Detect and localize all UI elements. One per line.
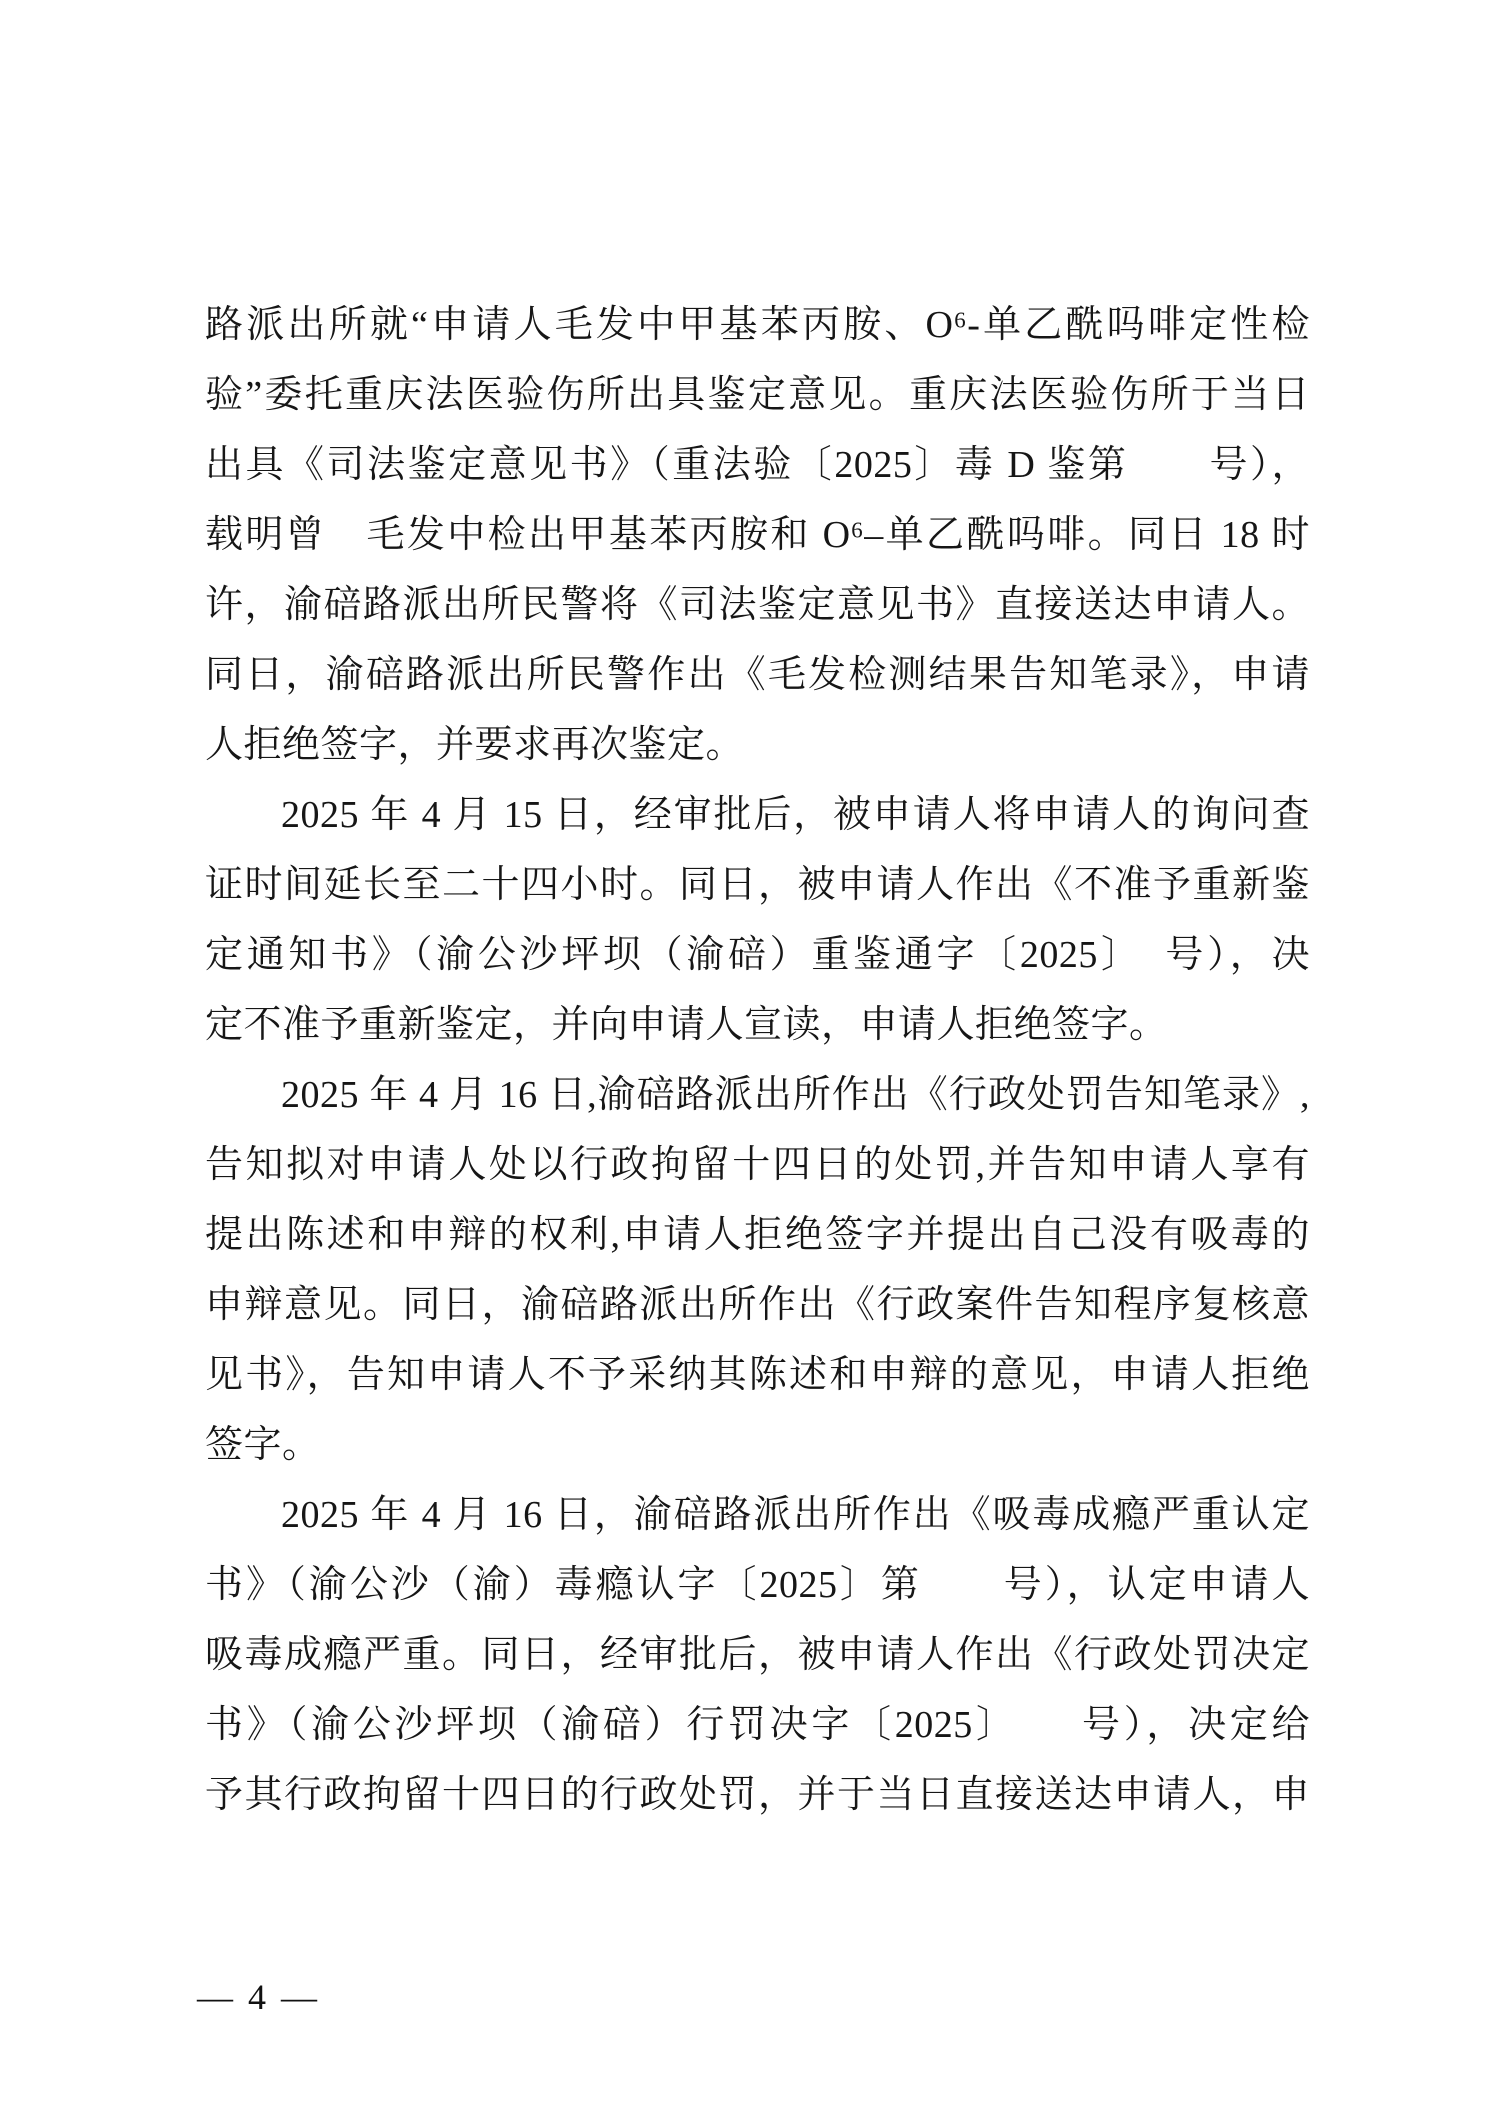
- text-line: 验”委托重庆法医验伤所出具鉴定意见。重庆法医验伤所于当日: [205, 360, 1310, 430]
- document-body: 路派出所就“申请人毛发中甲基苯丙胺、O⁶-单乙酰吗啡定性检验”委托重庆法医验伤所…: [205, 290, 1310, 1830]
- text-line: 2025 年 4 月 15 日，经审批后，被申请人将申请人的询问查: [205, 780, 1310, 850]
- page-number: — 4 —: [197, 1975, 320, 2019]
- text-line: 书》（渝公沙坪坝（渝碚）行罚决字〔2025〕 号），决定给: [205, 1690, 1310, 1760]
- text-line: 路派出所就“申请人毛发中甲基苯丙胺、O⁶-单乙酰吗啡定性检: [205, 290, 1310, 360]
- text-line: 载明曾 毛发中检出甲基苯丙胺和 O⁶–单乙酰吗啡。同日 18 时: [205, 500, 1310, 570]
- text-line: 定不准予重新鉴定，并向申请人宣读，申请人拒绝签字。: [205, 990, 1310, 1060]
- text-line: 出具《司法鉴定意见书》（重法验〔2025〕毒 D 鉴第 号），: [205, 430, 1310, 500]
- text-line: 定通知书》（渝公沙坪坝（渝碚）重鉴通字〔2025〕 号），决: [205, 920, 1310, 990]
- text-line: 吸毒成瘾严重。同日，经审批后，被申请人作出《行政处罚决定: [205, 1620, 1310, 1690]
- text-line: 同日，渝碚路派出所民警作出《毛发检测结果告知笔录》，申请: [205, 640, 1310, 710]
- text-line: 予其行政拘留十四日的行政处罚，并于当日直接送达申请人，申: [205, 1760, 1310, 1830]
- text-line: 申辩意见。同日，渝碚路派出所作出《行政案件告知程序复核意: [205, 1270, 1310, 1340]
- text-line: 人拒绝签字，并要求再次鉴定。: [205, 710, 1310, 780]
- text-line: 提出陈述和申辩的权利,申请人拒绝签字并提出自己没有吸毒的: [205, 1200, 1310, 1270]
- document-page: 路派出所就“申请人毛发中甲基苯丙胺、O⁶-单乙酰吗啡定性检验”委托重庆法医验伤所…: [0, 0, 1487, 2105]
- text-line: 2025 年 4 月 16 日，渝碚路派出所作出《吸毒成瘾严重认定: [205, 1480, 1310, 1550]
- text-line: 告知拟对申请人处以行政拘留十四日的处罚,并告知申请人享有: [205, 1130, 1310, 1200]
- text-line: 见书》，告知申请人不予采纳其陈述和申辩的意见，申请人拒绝: [205, 1340, 1310, 1410]
- text-line: 证时间延长至二十四小时。同日，被申请人作出《不准予重新鉴: [205, 850, 1310, 920]
- text-line: 签字。: [205, 1410, 1310, 1480]
- text-line: 2025 年 4 月 16 日,渝碚路派出所作出《行政处罚告知笔录》,: [205, 1060, 1310, 1130]
- text-line: 许，渝碚路派出所民警将《司法鉴定意见书》直接送达申请人。: [205, 570, 1310, 640]
- text-line: 书》（渝公沙（渝）毒瘾认字〔2025〕第 号），认定申请人: [205, 1550, 1310, 1620]
